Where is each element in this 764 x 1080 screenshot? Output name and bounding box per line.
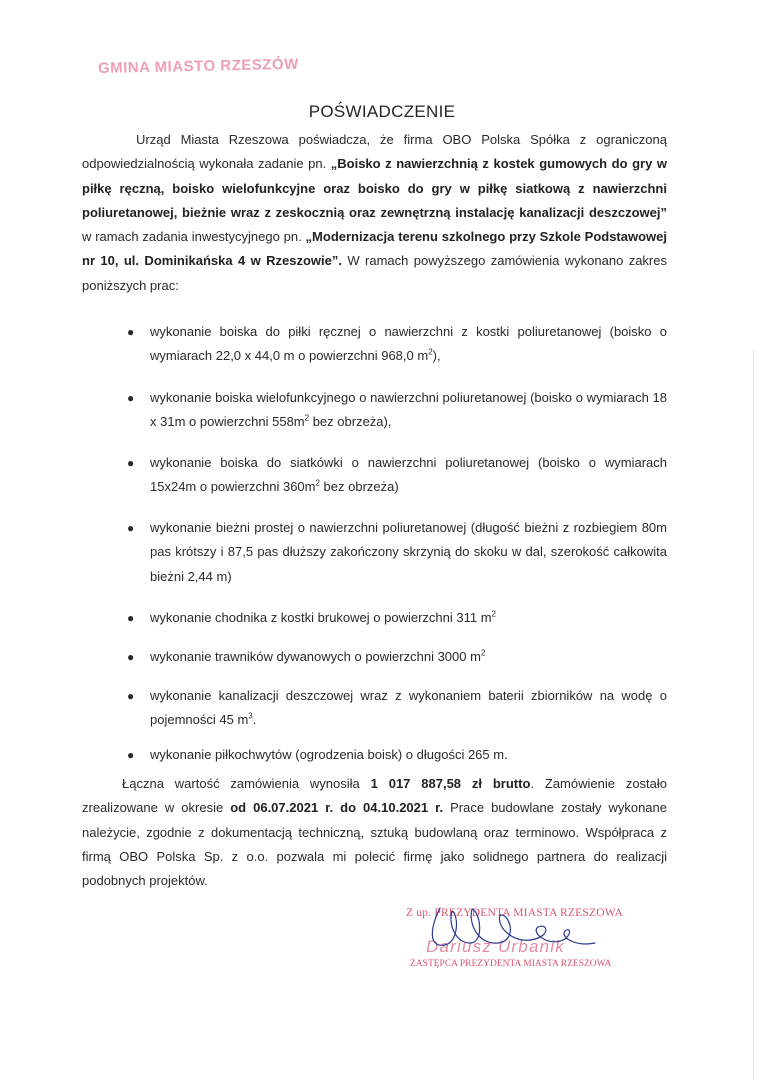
header-stamp: GMINA MIASTO RZESZÓW [98, 56, 299, 77]
order-amount: 1 017 887,58 zł brutto [371, 776, 531, 791]
bullet-icon: ● [127, 451, 134, 475]
summary-text-1: Łączna wartość zamówienia wynosiła [122, 776, 371, 791]
realization-period: od 06.07.2021 r. do 04.10.2021 r. [230, 800, 443, 815]
work-text: wykonanie chodnika z kostki brukowej o p… [150, 610, 492, 625]
list-item: ● wykonanie bieżni prostej o nawierzchni… [82, 516, 667, 589]
work-text: wykonanie trawników dywanowych o powierz… [150, 649, 481, 664]
work-text: wykonanie kanalizacji deszczowej wraz z … [150, 688, 667, 727]
list-item: ● wykonanie trawników dywanowych o powie… [82, 645, 667, 669]
list-item: ● wykonanie chodnika z kostki brukowej o… [82, 606, 667, 630]
work-tail: ), [433, 348, 441, 363]
intro-text-2: w ramach zadania inwestycyjnego pn. [82, 229, 306, 244]
bullet-icon: ● [127, 743, 134, 767]
list-item: ● wykonanie boiska do piłki ręcznej o na… [82, 320, 667, 369]
intro-paragraph: Urząd Miasta Rzeszowa poświadcza, że fir… [82, 128, 667, 298]
scan-edge-line [753, 350, 754, 1080]
work-sup: 2 [492, 610, 496, 619]
bullet-icon: ● [127, 320, 134, 344]
work-text: wykonanie bieżni prostej o nawierzchni p… [150, 520, 667, 584]
work-tail: . [253, 712, 257, 727]
bullet-icon: ● [127, 684, 134, 708]
bullet-icon: ● [127, 386, 134, 410]
list-item: ● wykonanie boiska do siatkówki o nawier… [82, 451, 667, 500]
work-sup: 2 [481, 649, 485, 658]
bullet-icon: ● [127, 606, 134, 630]
summary-paragraph: Łączna wartość zamówienia wynosiła 1 017… [82, 772, 667, 893]
work-text: wykonanie piłkochwytów (ogrodzenia boisk… [150, 747, 508, 762]
work-tail: bez obrzeża) [320, 479, 399, 494]
document-page: GMINA MIASTO RZESZÓW POŚWIADCZENIE Urząd… [0, 0, 764, 1080]
document-title: POŚWIADCZENIE [0, 102, 764, 122]
handwritten-signature-icon [400, 903, 610, 978]
list-item: ● wykonanie boiska wielofunkcyjnego o na… [82, 386, 667, 435]
work-tail: bez obrzeża), [309, 414, 391, 429]
bullet-icon: ● [127, 516, 134, 540]
work-text: wykonanie boiska do siatkówki o nawierzc… [150, 455, 667, 494]
work-text: wykonanie boiska wielofunkcyjnego o nawi… [150, 390, 667, 429]
list-item: ● wykonanie piłkochwytów (ogrodzenia boi… [82, 743, 667, 767]
signature-stamp: Z up. PREZYDENTA MIASTA RZESZOWA Dariusz… [400, 903, 610, 978]
work-text: wykonanie boiska do piłki ręcznej o nawi… [150, 324, 667, 363]
list-item: ● wykonanie kanalizacji deszczowej wraz … [82, 684, 667, 733]
bullet-icon: ● [127, 645, 134, 669]
